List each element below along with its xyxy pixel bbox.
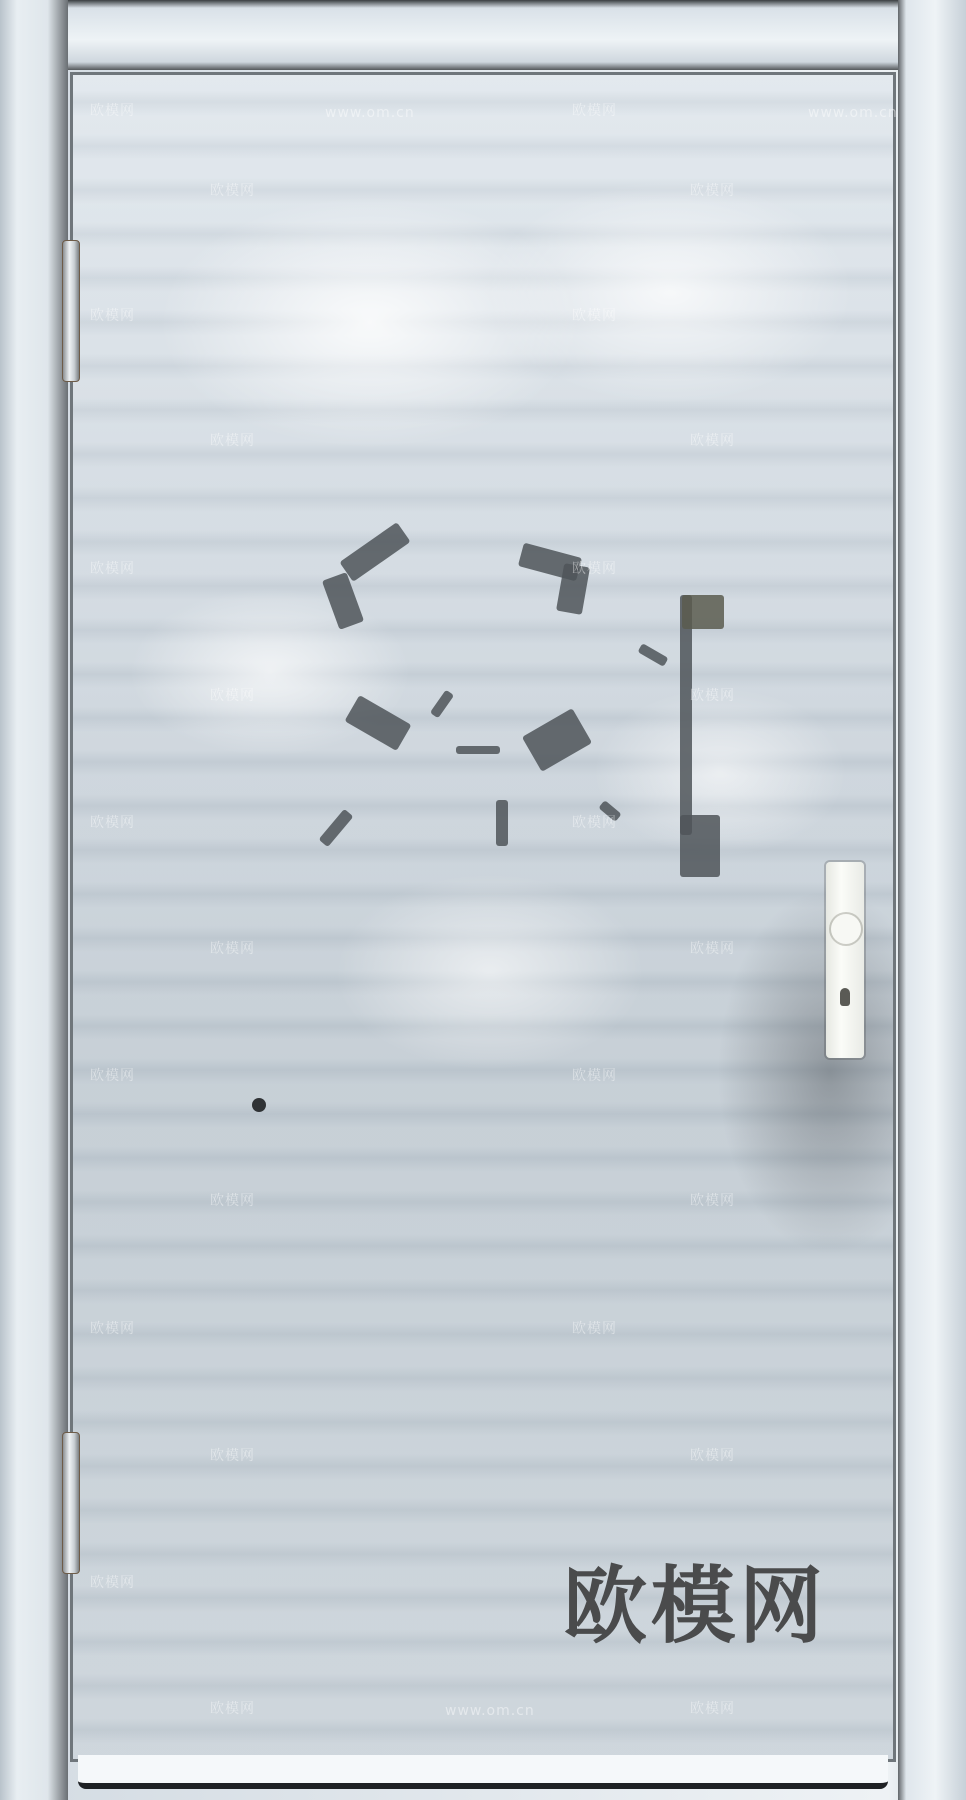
watermark-small: 欧模网 xyxy=(90,100,135,120)
kick-plate xyxy=(78,1755,888,1789)
keyhole-icon xyxy=(840,988,850,1006)
door-panel xyxy=(70,72,896,1762)
stencil-bar-top xyxy=(682,595,724,629)
watermark-small: 欧模网 xyxy=(90,1318,135,1338)
door-frame-right xyxy=(898,0,966,1800)
watermark-small: 欧模网 xyxy=(210,938,255,958)
watermark-small: 欧模网 xyxy=(90,812,135,832)
watermark-small: 欧模网 xyxy=(572,1065,617,1085)
watermark-small: 欧模网 xyxy=(90,1065,135,1085)
watermark-small: 欧模网 xyxy=(210,430,255,450)
watermark-url: www.om.cn xyxy=(808,105,898,121)
hinge-top-icon xyxy=(62,240,80,382)
stencil-mark xyxy=(496,800,508,846)
watermark-small: 欧模网 xyxy=(572,1318,617,1338)
watermark-small: 欧模网 xyxy=(210,180,255,200)
watermark-url: www.om.cn xyxy=(325,105,415,121)
watermark-small: 欧模网 xyxy=(210,1445,255,1465)
watermark-small: 欧模网 xyxy=(690,938,735,958)
watermark-small: 欧模网 xyxy=(690,430,735,450)
watermark-small: 欧模网 xyxy=(572,558,617,578)
door-knob-icon xyxy=(831,914,861,944)
watermark-small: 欧模网 xyxy=(210,1698,255,1718)
watermark-small: 欧模网 xyxy=(90,1572,135,1592)
watermark-small: 欧模网 xyxy=(572,812,617,832)
door-frame-left xyxy=(0,0,68,1800)
door-frame-top xyxy=(0,0,966,70)
watermark-large: 欧模网 xyxy=(563,1564,827,1648)
watermark-small: 欧模网 xyxy=(690,685,735,705)
stencil-mark xyxy=(456,746,500,754)
watermark-small: 欧模网 xyxy=(90,558,135,578)
door-handle-plate xyxy=(826,862,864,1058)
watermark-small: 欧模网 xyxy=(90,305,135,325)
bolt-hole xyxy=(252,1098,266,1112)
watermark-small: 欧模网 xyxy=(690,1445,735,1465)
watermark-small: 欧模网 xyxy=(690,1190,735,1210)
watermark-small: 欧模网 xyxy=(210,685,255,705)
stencil-bar-bottom xyxy=(680,815,720,877)
watermark-small: 欧模网 xyxy=(572,100,617,120)
watermark-small: 欧模网 xyxy=(690,1698,735,1718)
stencil-bar xyxy=(680,595,692,835)
watermark-url: www.om.cn xyxy=(445,1703,535,1719)
watermark-small: 欧模网 xyxy=(690,180,735,200)
watermark-small: 欧模网 xyxy=(210,1190,255,1210)
watermark-small: 欧模网 xyxy=(572,305,617,325)
hinge-bottom-icon xyxy=(62,1432,80,1574)
